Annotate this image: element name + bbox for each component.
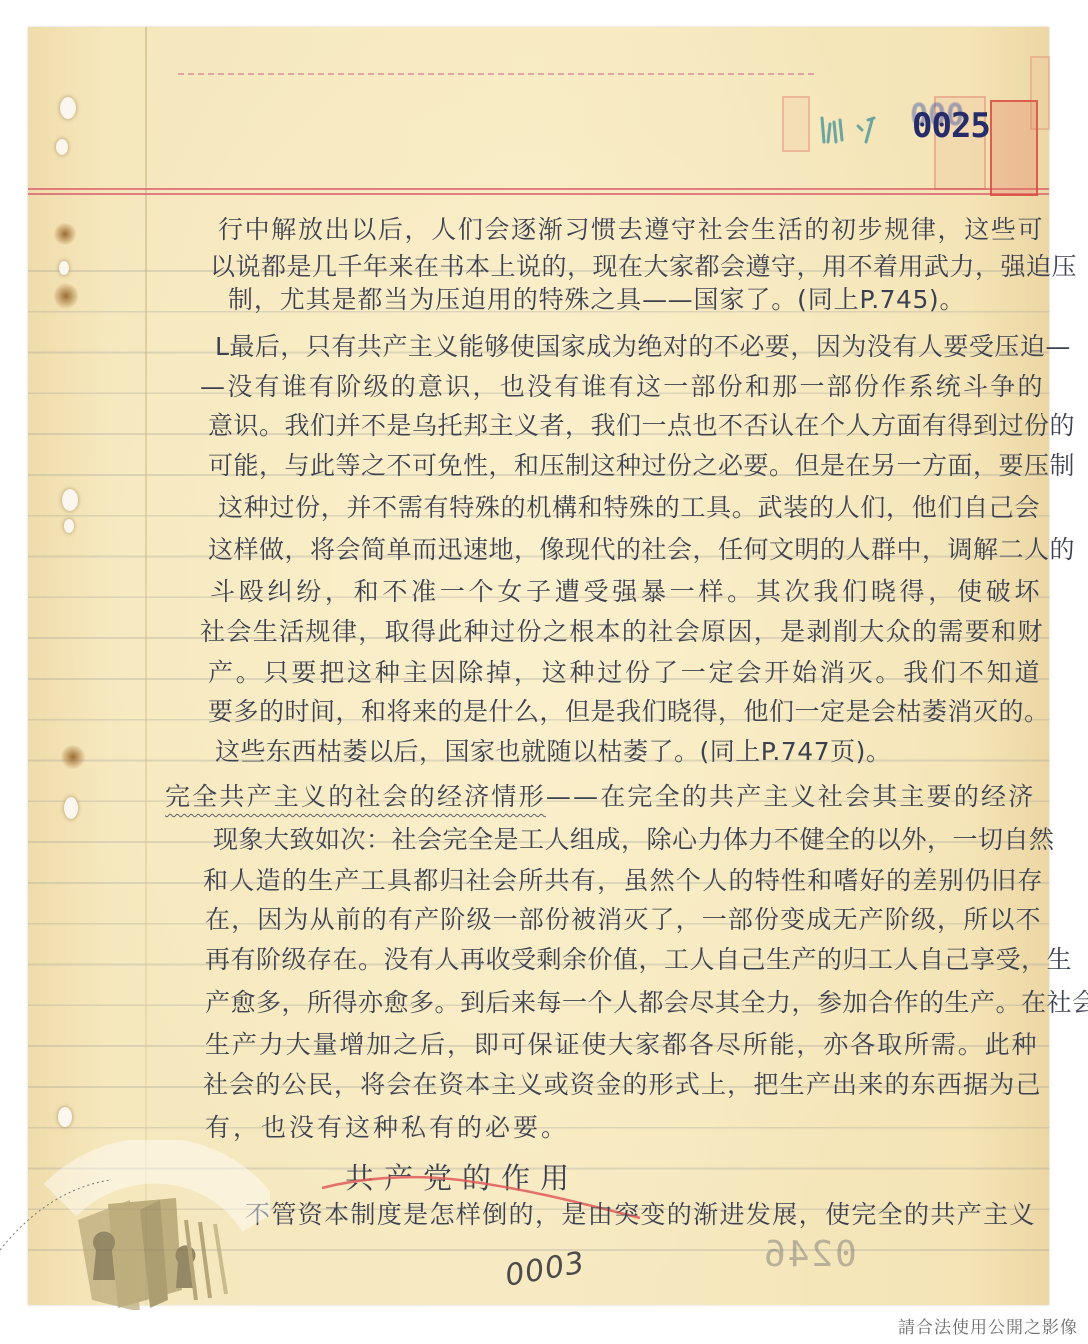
stain bbox=[54, 223, 76, 245]
text-line: 产愈多，所得亦愈多。到后来每一个人都会尽其全力，参加合作的生产。在社会 bbox=[205, 987, 1043, 1019]
text-line: 生产力大量增加之后，即可保证使大家都各尽所能，亦各取所需。此种 bbox=[205, 1029, 1037, 1061]
archive-library-logo-icon bbox=[0, 1140, 270, 1310]
text-line: 要多的时间，和将来的是什么，但是我们晓得，他们一定是会枯萎消灭的。 bbox=[208, 696, 1013, 728]
text-line: 这样做，将会简单而迅速地，像现代的社会，任何文明的人群中，调解二人的 bbox=[208, 534, 1043, 566]
stain bbox=[54, 283, 78, 309]
underlined-subheading: 完全共产主义的社会的经济情形 bbox=[165, 782, 546, 811]
top-dashed-rule bbox=[178, 73, 818, 75]
punch-hole bbox=[62, 489, 78, 511]
punch-hole bbox=[56, 139, 68, 155]
text-line: 社会生活规律，取得此种过份之根本的社会原因，是剥削大众的需要和财 bbox=[200, 616, 1043, 648]
punch-hole bbox=[64, 519, 74, 533]
text-line: 这些东西枯萎以后，国家也就随以枯萎了。(同上P.747页)。 bbox=[215, 736, 855, 768]
text-line: 再有阶级存在。没有人再收受剩余价值，工人自己生产的归工人自己享受，生 bbox=[205, 944, 1043, 976]
punch-hole bbox=[59, 261, 69, 275]
usage-watermark: 請合法使用公開之影像 bbox=[898, 1313, 1078, 1338]
text-line: 这种过份，并不需有特殊的机構和特殊的工具。武装的人们，他们自己会 bbox=[218, 492, 1040, 524]
bleed-through-number: 0246 bbox=[762, 1234, 857, 1275]
red-seal-stamp bbox=[782, 96, 810, 152]
text-line: 和人造的生产工具都归社会所共有，虽然个人的特性和嗜好的差别仍旧存 bbox=[203, 865, 1043, 897]
text-line: 现象大致如次：社会完全是工人组成，除心力体力不健全的以外，一切自然 bbox=[213, 824, 1043, 856]
text-line: 在，因为从前的有产阶级一部份被消灭了，一部份变成无产阶级，所以不 bbox=[205, 904, 1041, 936]
text-line: 以说都是几千年来在书本上说的，现在大家都会遵守，用不着用武力，强迫压 bbox=[210, 251, 1043, 283]
archive-mark-icon bbox=[818, 112, 888, 146]
fold-line bbox=[145, 27, 147, 1305]
text-line-rest: ——在完全的共产主义社会其主要的经济 bbox=[546, 782, 1036, 811]
text-line: 斗殴纠纷，和不准一个女子遭受强暴一样。其次我们晓得，使破坏 bbox=[210, 576, 1040, 608]
red-double-rule-bottom bbox=[28, 193, 1049, 195]
text-line-subheading: 完全共产主义的社会的经济情形——在完全的共产主义社会其主要的经济 bbox=[165, 781, 1043, 813]
punch-hole bbox=[60, 97, 76, 119]
text-line: —没有谁有阶级的意识，也没有谁有这一部份和那一部份作系统斗争的 bbox=[200, 371, 1043, 403]
text-line: 可能，与此等之不可免性，和压制这种过份之必要。但是在另一方面，要压制 bbox=[208, 450, 1043, 482]
red-double-rule-top bbox=[28, 188, 1049, 190]
text-line: 制，尤其是都当为压迫用的特殊之具——国家了。(同上P.745)。 bbox=[228, 284, 965, 316]
text-line: 产。只要把这种主因除掉，这种过份了一定会开始消灭。我们不知道 bbox=[208, 657, 1040, 689]
punch-hole bbox=[64, 797, 78, 819]
serial-number-stamp: 0025 bbox=[912, 106, 990, 146]
text-line: L最后，只有共产主义能够使国家成为绝对的不必要，因为没有人要受压迫— bbox=[215, 331, 1043, 363]
text-line: 行中解放出以后，人们会逐渐习惯去遵守社会生活的初步规律，这些可 bbox=[218, 214, 1043, 246]
text-line: 不管资本制度是怎样倒的，是由突变的渐进发展，使完全的共产主义 bbox=[245, 1199, 1035, 1231]
stain bbox=[61, 745, 85, 769]
red-seal-stamp bbox=[1030, 56, 1050, 130]
punch-hole bbox=[58, 1107, 72, 1127]
text-line: 意识。我们并不是乌托邦主义者，我们一点也不否认在个人方面有得到过份的 bbox=[208, 410, 1043, 442]
text-line: 社会的公民，将会在资本主义或资金的形式上，把生产出来的东西据为己 bbox=[203, 1069, 1041, 1101]
